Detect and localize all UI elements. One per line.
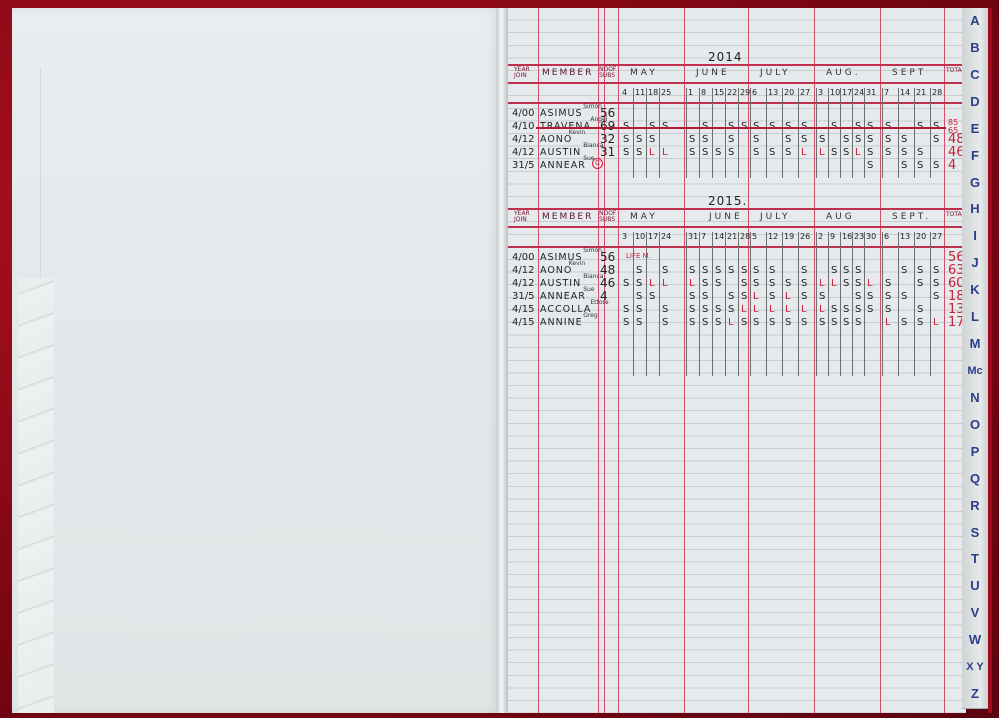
y2014-attendance-mark: S (636, 134, 642, 145)
y2014-date: 10 (830, 88, 840, 97)
y2015-attendance-mark: S (785, 317, 791, 328)
ledger-page: 2014YEAR JOINMEMBERNOOF SUBSTOTALMAY4111… (508, 8, 966, 713)
y2015-attendance-mark: L (741, 304, 747, 315)
date-column-line (852, 88, 853, 178)
y2015-attendance-mark: S (901, 291, 907, 302)
y2014-attendance-mark: S (843, 147, 849, 158)
y2014-attendance-mark: S (843, 134, 849, 145)
y2015-attendance-mark: S (831, 265, 837, 276)
y2015-attendance-mark: S (636, 304, 642, 315)
y2014-attendance-mark: S (801, 134, 807, 145)
y2015-attendance-mark: S (917, 278, 923, 289)
y2015-member-header: MEMBER (542, 212, 593, 222)
y2014-attendance-mark: S (831, 147, 837, 158)
cover-edge (988, 8, 992, 713)
y2015-attendance-mark: S (741, 265, 747, 276)
column-rule (748, 8, 749, 713)
y2014-attendance-mark: S (623, 134, 629, 145)
y2015-row-joined: 4/15 (512, 317, 534, 328)
y2015-attendance-mark: S (741, 317, 747, 328)
index-tab-xy[interactable]: X Y (962, 654, 988, 682)
date-column-line (914, 232, 915, 376)
y2015-row-note: LIFE M. (626, 252, 651, 260)
y2014-attendance-mark: L (855, 147, 861, 158)
y2015-date: 5 (752, 232, 757, 241)
index-tab-mc[interactable]: Mc (962, 358, 988, 386)
y2015-attendance-mark: L (785, 304, 791, 315)
date-column-line (828, 88, 829, 178)
y2015-month-aug: AUG (826, 212, 855, 222)
date-column-line (699, 232, 700, 376)
y2015-attendance-mark: S (831, 304, 837, 315)
y2015-date: 9 (830, 232, 835, 241)
date-column-line (864, 232, 865, 376)
y2015-attendance-mark: S (623, 304, 629, 315)
y2015-attendance-mark: S (649, 291, 655, 302)
y2014-attendance-mark: S (785, 134, 791, 145)
y2014-year: 2014 (708, 50, 743, 64)
y2015-attendance-mark: S (715, 304, 721, 315)
y2014-row-badge: C (592, 158, 603, 169)
index-tab-g[interactable]: G (962, 170, 988, 198)
y2015-row-prior: 56 (600, 250, 615, 264)
y2015-attendance-mark: S (623, 278, 629, 289)
y2014-row-joined: 4/12 (512, 134, 534, 145)
y2015-date: 19 (784, 232, 794, 241)
y2015-row-member: ANNEAR (540, 291, 586, 302)
y2015-attendance-mark: L (785, 291, 791, 302)
y2014-row-first-name: Kevin (569, 129, 585, 136)
index-tab-q[interactable]: Q (962, 466, 988, 494)
y2015-date: 20 (916, 232, 926, 241)
y2015-attendance-mark: S (933, 265, 939, 276)
date-column-line (686, 88, 687, 178)
y2015-date: 23 (854, 232, 864, 241)
y2014-month-sept: SEPT (892, 68, 926, 78)
column-rule (684, 8, 685, 713)
y2015-date: 27 (932, 232, 942, 241)
date-column-line (930, 88, 931, 178)
y2015-attendance-mark: S (702, 317, 708, 328)
y2015-date: 6 (884, 232, 889, 241)
index-tab-u[interactable]: U (962, 573, 988, 601)
y2015-attendance-mark: S (769, 265, 775, 276)
date-column-line (766, 88, 767, 178)
y2015-attendance-mark: S (933, 291, 939, 302)
y2015-month-sept: SEPT. (892, 212, 931, 222)
y2015-attendance-mark: S (769, 317, 775, 328)
column-rule (814, 8, 815, 713)
y2015-attendance-mark: S (855, 265, 861, 276)
y2014-date: 3 (818, 88, 823, 97)
date-column-line (914, 88, 915, 178)
torn-edge (18, 278, 54, 713)
y2015-attendance-mark: S (855, 317, 861, 328)
y2014-attendance-mark: S (715, 147, 721, 158)
y2015-row-joined: 4/12 (512, 265, 534, 276)
y2015-attendance-mark: S (715, 265, 721, 276)
y2014-attendance-mark: S (901, 147, 907, 158)
y2015-attendance-mark: S (636, 265, 642, 276)
y2015-month-july: JULY (760, 212, 791, 222)
y2015-attendance-mark: S (728, 265, 734, 276)
y2014-attendance-mark: S (728, 147, 734, 158)
y2015-row-first-name: Sue (583, 286, 594, 293)
y2014-attendance-mark: S (785, 147, 791, 158)
y2014-attendance-mark: S (636, 147, 642, 158)
y2014-attendance-mark: L (819, 147, 825, 158)
y2015-attendance-mark: S (885, 278, 891, 289)
y2015-attendance-mark: S (689, 317, 695, 328)
y2014-attendance-mark: L (801, 147, 807, 158)
y2014-attendance-mark: S (649, 134, 655, 145)
index-tab-m[interactable]: M (962, 331, 988, 359)
y2014-attendance-mark: S (819, 134, 825, 145)
y2015-date: 21 (727, 232, 737, 241)
column-rule (880, 8, 881, 713)
y2015-attendance-mark: L (867, 278, 873, 289)
y2014-attendance-mark: S (753, 147, 759, 158)
y2015-attendance-mark: S (689, 304, 695, 315)
y2015-attendance-mark: L (689, 278, 695, 289)
y2015-attendance-mark: S (753, 265, 759, 276)
index-tab-s[interactable]: S (962, 520, 988, 548)
date-column-line (930, 232, 931, 376)
y2014-row-prior: 69 (600, 119, 615, 133)
date-column-line (898, 232, 899, 376)
date-column-line (686, 232, 687, 376)
y2014-row-joined: 4/10 (512, 121, 534, 132)
date-column-line (712, 232, 713, 376)
y2014-attendance-mark: S (702, 134, 708, 145)
index-tab-c[interactable]: C (962, 62, 988, 90)
y2014-row-prior: 31 (600, 145, 615, 159)
y2015-attendance-mark: S (636, 317, 642, 328)
y2015-attendance-mark: S (843, 304, 849, 315)
y2015-attendance-mark: S (933, 278, 939, 289)
y2015-row-member: AUSTIN (540, 278, 581, 289)
y2015-attendance-mark: S (753, 278, 759, 289)
y2014-date: 4 (622, 88, 627, 97)
y2014-month-aug: AUG. (826, 68, 861, 78)
y2015-row-joined: 4/15 (512, 304, 534, 315)
y2015-row-joined: 4/12 (512, 278, 534, 289)
date-column-line (725, 88, 726, 178)
index-tab-l[interactable]: L (962, 304, 988, 332)
y2015-date: 3 (622, 232, 627, 241)
y2014-attendance-mark: S (769, 147, 775, 158)
y2015-attendance-mark: S (855, 278, 861, 289)
y2014-attendance-mark: S (901, 134, 907, 145)
date-column-line (882, 88, 883, 178)
date-column-line (828, 232, 829, 376)
y2015-attendance-mark: L (819, 278, 825, 289)
index-tab-h[interactable]: H (962, 196, 988, 224)
y2014-attendance-mark: S (728, 134, 734, 145)
y2015-attendance-mark: S (855, 291, 861, 302)
y2015-attendance-mark: S (801, 278, 807, 289)
y2015-prior-header: NOOF SUBS (599, 211, 617, 223)
y2015-attendance-mark: S (636, 278, 642, 289)
y2015-row-first-name: Kevin (569, 260, 585, 267)
y2015-attendance-mark: S (801, 317, 807, 328)
y2015-attendance-mark: S (917, 265, 923, 276)
y2015-attendance-mark: L (753, 291, 759, 302)
y2014-date: 27 (800, 88, 810, 97)
date-column-line (898, 88, 899, 178)
y2015-attendance-mark: S (843, 265, 849, 276)
date-column-line (712, 88, 713, 178)
y2015-year: 2015. (708, 194, 747, 208)
y2015-attendance-mark: L (831, 278, 837, 289)
y2014-member-header: MEMBER (542, 68, 593, 78)
y2015-attendance-mark: S (728, 304, 734, 315)
alphabet-index-tabs: ABCDEFGHIJKLMMcNOPQRSTUVWX YZ (962, 8, 990, 713)
y2015-date: 16 (842, 232, 852, 241)
date-column-line (816, 88, 817, 178)
y2014-date: 22 (727, 88, 737, 97)
y2015-attendance-mark: S (801, 265, 807, 276)
date-column-line (864, 88, 865, 178)
y2015-date: 13 (900, 232, 910, 241)
y2015-attendance-mark: S (917, 304, 923, 315)
date-column-line (840, 88, 841, 178)
date-column-line (782, 232, 783, 376)
y2015-attendance-mark: S (885, 304, 891, 315)
y2015-date: 28 (740, 232, 750, 241)
index-tab-a[interactable]: A (962, 8, 988, 36)
y2015-attendance-mark: L (933, 317, 939, 328)
y2015-date: 17 (648, 232, 658, 241)
y2015-row-first-name: Greg (583, 312, 597, 319)
y2014-attendance-mark: S (917, 147, 923, 158)
date-column-line (738, 88, 739, 178)
index-tab-o[interactable]: O (962, 412, 988, 440)
y2015-attendance-mark: S (801, 291, 807, 302)
y2015-attendance-mark: S (715, 278, 721, 289)
y2015-attendance-mark: S (702, 278, 708, 289)
y2015-attendance-mark: S (901, 265, 907, 276)
date-column-line (699, 88, 700, 178)
y2014-date: 31 (866, 88, 876, 97)
date-column-line (798, 88, 799, 178)
y2014-date: 18 (648, 88, 658, 97)
index-tab-r[interactable]: R (962, 493, 988, 521)
y2015-date: 12 (768, 232, 778, 241)
y2014-date: 20 (784, 88, 794, 97)
index-tab-n[interactable]: N (962, 385, 988, 413)
y2014-date: 28 (932, 88, 942, 97)
y2014-row-member: AONO (540, 134, 572, 145)
left-page-blank (12, 8, 500, 713)
y2015-attendance-mark: S (819, 317, 825, 328)
y2014-attendance-mark: L (662, 147, 668, 158)
y2015-date: 2 (818, 232, 823, 241)
y2015-date: 24 (661, 232, 671, 241)
y2015-row-member: AONO (540, 265, 572, 276)
y2015-attendance-mark: S (636, 291, 642, 302)
date-column-line (882, 232, 883, 376)
y2014-attendance-mark: S (885, 134, 891, 145)
y2015-attendance-mark: S (885, 291, 891, 302)
column-rule (618, 8, 619, 713)
y2015-date: 31 (688, 232, 698, 241)
date-column-line (840, 232, 841, 376)
header-rule (508, 82, 966, 84)
y2015-attendance-mark: L (753, 304, 759, 315)
y2014-date: 7 (884, 88, 889, 97)
y2015-attendance-mark: S (867, 304, 873, 315)
y2014-row-joined: 4/00 (512, 108, 534, 119)
y2015-row-member: ANNINE (540, 317, 583, 328)
y2015-attendance-mark: L (801, 304, 807, 315)
y2014-attendance-mark: S (933, 160, 939, 171)
y2015-attendance-mark: S (689, 265, 695, 276)
date-column-line (750, 232, 751, 376)
y2015-date: 26 (800, 232, 810, 241)
y2014-prior-header: NOOF SUBS (599, 67, 617, 79)
y2015-attendance-mark: S (819, 291, 825, 302)
y2014-date: 8 (701, 88, 706, 97)
index-tab-v[interactable]: V (962, 600, 988, 628)
y2014-attendance-mark: S (867, 160, 873, 171)
y2014-date: 15 (714, 88, 724, 97)
date-column-line (852, 232, 853, 376)
y2015-attendance-mark: S (702, 304, 708, 315)
y2014-joined-header: YEAR JOIN (514, 67, 538, 79)
y2015-attendance-mark: S (843, 278, 849, 289)
row-strikethrough (536, 127, 946, 129)
y2015-attendance-mark: S (741, 278, 747, 289)
y2015-attendance-mark: L (819, 304, 825, 315)
y2014-attendance-mark: L (649, 147, 655, 158)
index-tab-b[interactable]: B (962, 35, 988, 63)
y2015-attendance-mark: L (728, 317, 734, 328)
y2015-date: 30 (866, 232, 876, 241)
index-tab-j[interactable]: J (962, 250, 988, 278)
y2015-joined-header: YEAR JOIN (514, 211, 538, 223)
y2015-attendance-mark: S (917, 317, 923, 328)
y2014-row-member: AUSTIN (540, 147, 581, 158)
y2014-date: 14 (900, 88, 910, 97)
y2014-attendance-mark: S (933, 134, 939, 145)
y2015-row-prior: 46 (600, 276, 615, 290)
y2015-attendance-mark: S (702, 265, 708, 276)
y2014-date: 25 (661, 88, 671, 97)
y2014-month-may: MAY (630, 68, 658, 78)
index-tab-e[interactable]: E (962, 116, 988, 144)
y2015-attendance-mark: S (867, 291, 873, 302)
y2014-attendance-mark: S (623, 147, 629, 158)
y2015-attendance-mark: S (702, 291, 708, 302)
y2014-date: 17 (842, 88, 852, 97)
y2014-date: 13 (768, 88, 778, 97)
y2014-date: 11 (635, 88, 645, 97)
y2014-date: 1 (688, 88, 693, 97)
y2015-row-joined: 31/5 (512, 291, 534, 302)
y2015-attendance-mark: L (649, 278, 655, 289)
y2015-attendance-mark: S (753, 317, 759, 328)
y2015-row-joined: 4/00 (512, 252, 534, 263)
y2015-attendance-mark: S (662, 265, 668, 276)
y2014-row-total: 4 (948, 158, 956, 173)
y2015-attendance-mark: S (623, 317, 629, 328)
y2014-row-joined: 4/12 (512, 147, 534, 158)
y2015-row-first-name: Ettore (590, 299, 608, 306)
index-tab-p[interactable]: P (962, 439, 988, 467)
y2015-attendance-mark: S (831, 317, 837, 328)
y2015-attendance-mark: S (728, 291, 734, 302)
date-column-line (750, 88, 751, 178)
date-column-line (816, 232, 817, 376)
header-rule (508, 64, 966, 66)
y2015-attendance-mark: L (662, 278, 668, 289)
y2014-date: 29 (740, 88, 750, 97)
y2014-attendance-mark: S (689, 134, 695, 145)
y2015-attendance-mark: L (885, 317, 891, 328)
y2015-attendance-mark: S (662, 304, 668, 315)
date-column-line (782, 88, 783, 178)
y2014-attendance-mark: S (867, 147, 873, 158)
y2015-attendance-mark: S (843, 317, 849, 328)
header-rule (508, 208, 966, 210)
date-column-line (725, 232, 726, 376)
y2015-attendance-mark: S (785, 278, 791, 289)
y2015-attendance-mark: S (662, 317, 668, 328)
y2015-date: 10 (635, 232, 645, 241)
y2015-attendance-mark: S (769, 278, 775, 289)
y2014-row-joined: 31/5 (512, 160, 534, 171)
date-column-line (633, 88, 634, 178)
y2014-attendance-mark: S (885, 147, 891, 158)
y2015-date: 14 (714, 232, 724, 241)
y2014-attendance-mark: S (702, 147, 708, 158)
index-tab-z[interactable]: Z (962, 681, 988, 709)
column-rule (538, 8, 539, 713)
y2014-row-member: ANNEAR (540, 160, 586, 171)
date-column-line (738, 232, 739, 376)
date-column-line (659, 88, 660, 178)
date-column-line (646, 88, 647, 178)
y2014-date: 24 (854, 88, 864, 97)
y2015-month-may: MAY (630, 212, 658, 222)
y2015-attendance-mark: S (689, 291, 695, 302)
index-tab-t[interactable]: T (962, 546, 988, 574)
y2014-month-june: JUNE (696, 68, 730, 78)
y2014-attendance-mark: S (753, 134, 759, 145)
column-rule (944, 8, 945, 713)
index-tab-w[interactable]: W (962, 627, 988, 655)
y2014-attendance-mark: S (689, 147, 695, 158)
y2015-month-june: JUNE (709, 212, 743, 222)
y2015-date: 7 (701, 232, 706, 241)
column-rule (598, 8, 599, 713)
index-tab-f[interactable]: F (962, 143, 988, 171)
y2015-attendance-mark: L (769, 304, 775, 315)
y2014-attendance-mark: S (917, 160, 923, 171)
y2014-month-july: JULY (760, 68, 791, 78)
y2014-row-member: ASIMUS (540, 108, 583, 119)
date-column-line (659, 232, 660, 376)
y2015-attendance-mark: S (855, 304, 861, 315)
y2014-attendance-mark: S (867, 134, 873, 145)
y2015-attendance-mark: S (741, 291, 747, 302)
index-tab-k[interactable]: K (962, 277, 988, 305)
y2014-date: 21 (916, 88, 926, 97)
index-tab-d[interactable]: D (962, 89, 988, 117)
y2015-attendance-mark: S (901, 317, 907, 328)
index-tab-i[interactable]: I (962, 223, 988, 251)
